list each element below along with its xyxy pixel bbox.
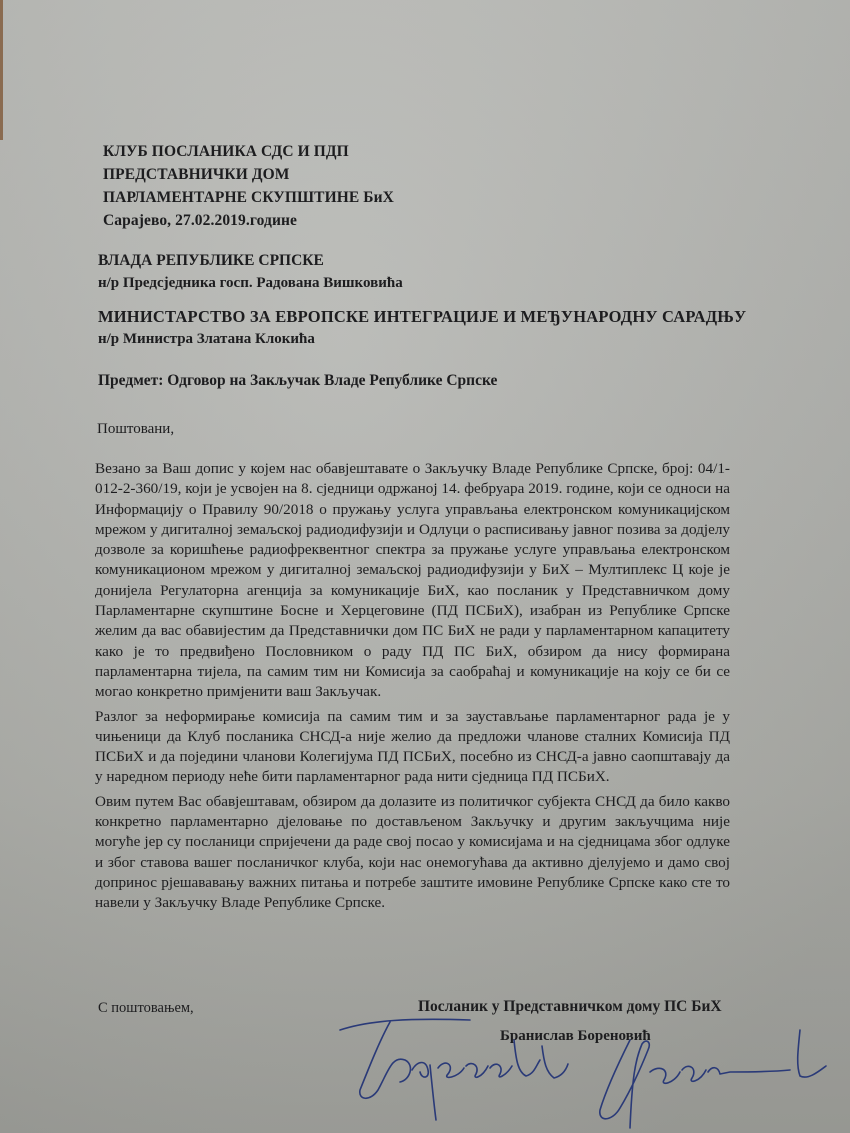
greeting: Поштовани, bbox=[97, 421, 174, 438]
letter-body: Везано за Ваш допис у којем нас обавјешт… bbox=[95, 459, 730, 918]
recipient-ministry: МИНИСТАРСТВО ЗА ЕВРОПСКЕ ИНТЕГРАЦИЈЕ И М… bbox=[98, 306, 746, 350]
recipient-name: ВЛАДА РЕПУБЛИКЕ СРПСКЕ bbox=[98, 250, 403, 272]
recipient-attention: н/р Министра Златана Клокића bbox=[98, 328, 746, 350]
handwritten-signature bbox=[330, 1010, 850, 1130]
sender-line-2: ПРЕДСТАВНИЧКИ ДОМ bbox=[103, 163, 394, 186]
paragraph-2: Разлог за неформирање комисија па самим … bbox=[95, 707, 730, 788]
paragraph-1: Везано за Ваш допис у којем нас обавјешт… bbox=[95, 459, 730, 703]
recipient-government: ВЛАДА РЕПУБЛИКЕ СРПСКЕ н/р Предсједника … bbox=[98, 250, 403, 294]
subject-line: Предмет: Одговор на Закључак Владе Репуб… bbox=[98, 372, 497, 390]
desk-edge bbox=[0, 0, 3, 140]
recipient-name: МИНИСТАРСТВО ЗА ЕВРОПСКЕ ИНТЕГРАЦИЈЕ И М… bbox=[98, 306, 746, 328]
date-line: Сарајево, 27.02.2019.године bbox=[103, 209, 394, 232]
sender-line-3: ПАРЛАМЕНТАРНЕ СКУПШТИНЕ БиХ bbox=[103, 186, 394, 209]
sender-line-1: КЛУБ ПОСЛАНИКА СДС И ПДП bbox=[103, 140, 394, 163]
closing: С поштовањем, bbox=[98, 1000, 194, 1017]
document-page: КЛУБ ПОСЛАНИКА СДС И ПДП ПРЕДСТАВНИЧКИ Д… bbox=[0, 0, 850, 1133]
sender-header: КЛУБ ПОСЛАНИКА СДС И ПДП ПРЕДСТАВНИЧКИ Д… bbox=[103, 140, 394, 232]
recipient-attention: н/р Предсједника госп. Радована Вишковић… bbox=[98, 272, 403, 294]
paragraph-3: Овим путем Вас обавјештавам, обзиром да … bbox=[95, 792, 730, 914]
